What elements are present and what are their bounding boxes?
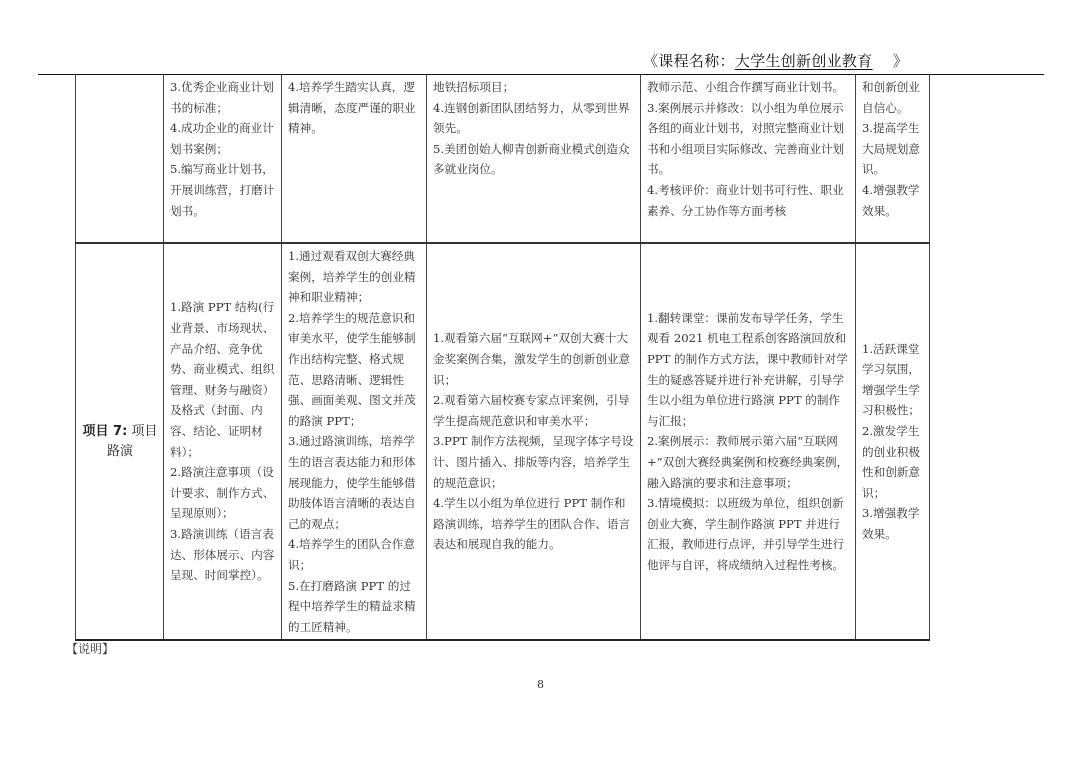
effects-cell: 和创新创业自信心。 3.提高学生大局规划意识。 4.增强教学效果。 (856, 75, 930, 243)
case-item: 1.观看第六届“互联网+”双创大赛十大金奖案例合集，激发学生的创新创业意识； (433, 328, 635, 390)
content-item: 3.路演训练（语言表达、形体展示、内容呈现、时间掌控）。 (170, 524, 276, 586)
page-number: 8 (537, 678, 544, 691)
table-row: 3.优秀企业商业计划书的标准； 4.成功企业的商业计划书案例； 5.编写商业计划… (76, 75, 930, 243)
effects-cell: 1.活跃课堂学习氛围，增强学生学习积极性； 2.激发学生的创业积极性和创新意识；… (856, 243, 930, 640)
method-item: 教师示范、小组合作撰写商业计划书。 (647, 77, 850, 98)
method-item: 3.案例展示并修改：以小组为单位展示各组的商业计划书，对照完整商业计划书和小组项… (647, 98, 850, 180)
effect-item: 4.增强教学效果。 (862, 180, 924, 221)
course-title-header: 《课程名称：大学生创新创业教育 》 (643, 50, 908, 71)
content-item: 3.优秀企业商业计划书的标准； (170, 77, 276, 118)
case-item: 5.美团创始人柳青创新商业模式创造众多就业岗位。 (433, 139, 635, 180)
goal-item: 5.在打磨路演 PPT 的过程中培养学生的精益求精的工匠精神。 (288, 576, 421, 638)
methods-cell: 教师示范、小组合作撰写商业计划书。 3.案例展示并修改：以小组为单位展示各组的商… (641, 75, 856, 243)
content-cell: 3.优秀企业商业计划书的标准； 4.成功企业的商业计划书案例； 5.编写商业计划… (164, 75, 282, 243)
goal-item: 4.培养学生的团队合作意识； (288, 534, 421, 575)
effect-item: 和创新创业自信心。 (862, 77, 924, 118)
content-cell: 1.路演 PPT 结构(行业背景、市场现状、产品介绍、竞争优势、商业模式、组织管… (164, 243, 282, 640)
ideological-goals-cell: 4.培养学生踏实认真，逻辑清晰，态度严谨的职业精神。 (282, 75, 427, 243)
goal-item: 2.培养学生的规范意识和审美水平，使学生能够制作出结构完整、格式规范、思路清晰、… (288, 308, 421, 432)
effect-item: 3.提高学生大局规划意识。 (862, 118, 924, 180)
goal-item: 3.通过路演训练，培养学生的语言表达能力和形体展现能力，使学生能够借助肢体语言清… (288, 431, 421, 534)
case-item: 地铁招标项目； (433, 77, 635, 98)
cases-cell: 1.观看第六届“互联网+”双创大赛十大金奖案例合集，激发学生的创新创业意识； 2… (427, 243, 641, 640)
goal-item: 1.通过观看双创大赛经典案例，培养学生的创业精神和职业精神； (288, 246, 421, 308)
method-item: 2.案例展示：教师展示第六届“互联网+”双创大赛经典案例和校赛经典案例，融入路演… (647, 431, 850, 493)
table-row: 项目 7: 项目路演 1.路演 PPT 结构(行业背景、市场现状、产品介绍、竞争… (76, 243, 930, 640)
effect-item: 2.激发学生的创业积极性和创新意识； (862, 421, 924, 503)
content-item: 2.路演注意事项（设计要求、制作方式、呈现原则）； (170, 462, 276, 524)
methods-cell: 1.翻转课堂：课前发布导学任务，学生观看 2021 机电工程系创客路演回放和 P… (641, 243, 856, 640)
case-item: 3.PPT 制作方法视频，呈现字体字号设计、图片插入、排版等内容，培养学生的规范… (433, 431, 635, 493)
course-name: 大学生创新创业教育 (735, 52, 873, 70)
project-cell: 项目 7: 项目路演 (76, 243, 164, 640)
project-number: 项目 7: (83, 424, 128, 439)
course-title-suffix: 》 (893, 52, 908, 70)
case-item: 2.观看第六届校赛专家点评案例，引导学生提高规范意识和审美水平； (433, 390, 635, 431)
cases-cell: 地铁招标项目； 4.连钢创新团队团结努力，从零到世界领先。 5.美团创始人柳青创… (427, 75, 641, 243)
course-plan-table: 3.优秀企业商业计划书的标准； 4.成功企业的商业计划书案例； 5.编写商业计划… (75, 75, 930, 641)
method-item: 1.翻转课堂：课前发布导学任务，学生观看 2021 机电工程系创客路演回放和 P… (647, 308, 850, 432)
course-title-prefix: 《课程名称： (643, 52, 735, 70)
content-item: 4.成功企业的商业计划书案例； (170, 118, 276, 159)
method-item: 3.情境模拟：以班级为单位，组织创新创业大赛，学生制作路演 PPT 并进行汇报，… (647, 493, 850, 575)
note-label: 【说明】 (66, 640, 114, 657)
case-item: 4.连钢创新团队团结努力，从零到世界领先。 (433, 98, 635, 139)
method-item: 4.考核评价：商业计划书可行性、职业素养、分工协作等方面考核 (647, 180, 850, 221)
effect-item: 1.活跃课堂学习氛围，增强学生学习积极性； (862, 339, 924, 421)
content-item: 1.路演 PPT 结构(行业背景、市场现状、产品介绍、竞争优势、商业模式、组织管… (170, 297, 276, 462)
goal-item: 4.培养学生踏实认真，逻辑清晰，态度严谨的职业精神。 (288, 77, 421, 139)
effect-item: 3.增强教学效果。 (862, 503, 924, 544)
ideological-goals-cell: 1.通过观看双创大赛经典案例，培养学生的创业精神和职业精神； 2.培养学生的规范… (282, 243, 427, 640)
content-item: 5.编写商业计划书，开展训练营，打磨计划书。 (170, 159, 276, 221)
project-cell (76, 75, 164, 243)
case-item: 4.学生以小组为单位进行 PPT 制作和路演训练，培养学生的团队合作、语言表达和… (433, 493, 635, 555)
